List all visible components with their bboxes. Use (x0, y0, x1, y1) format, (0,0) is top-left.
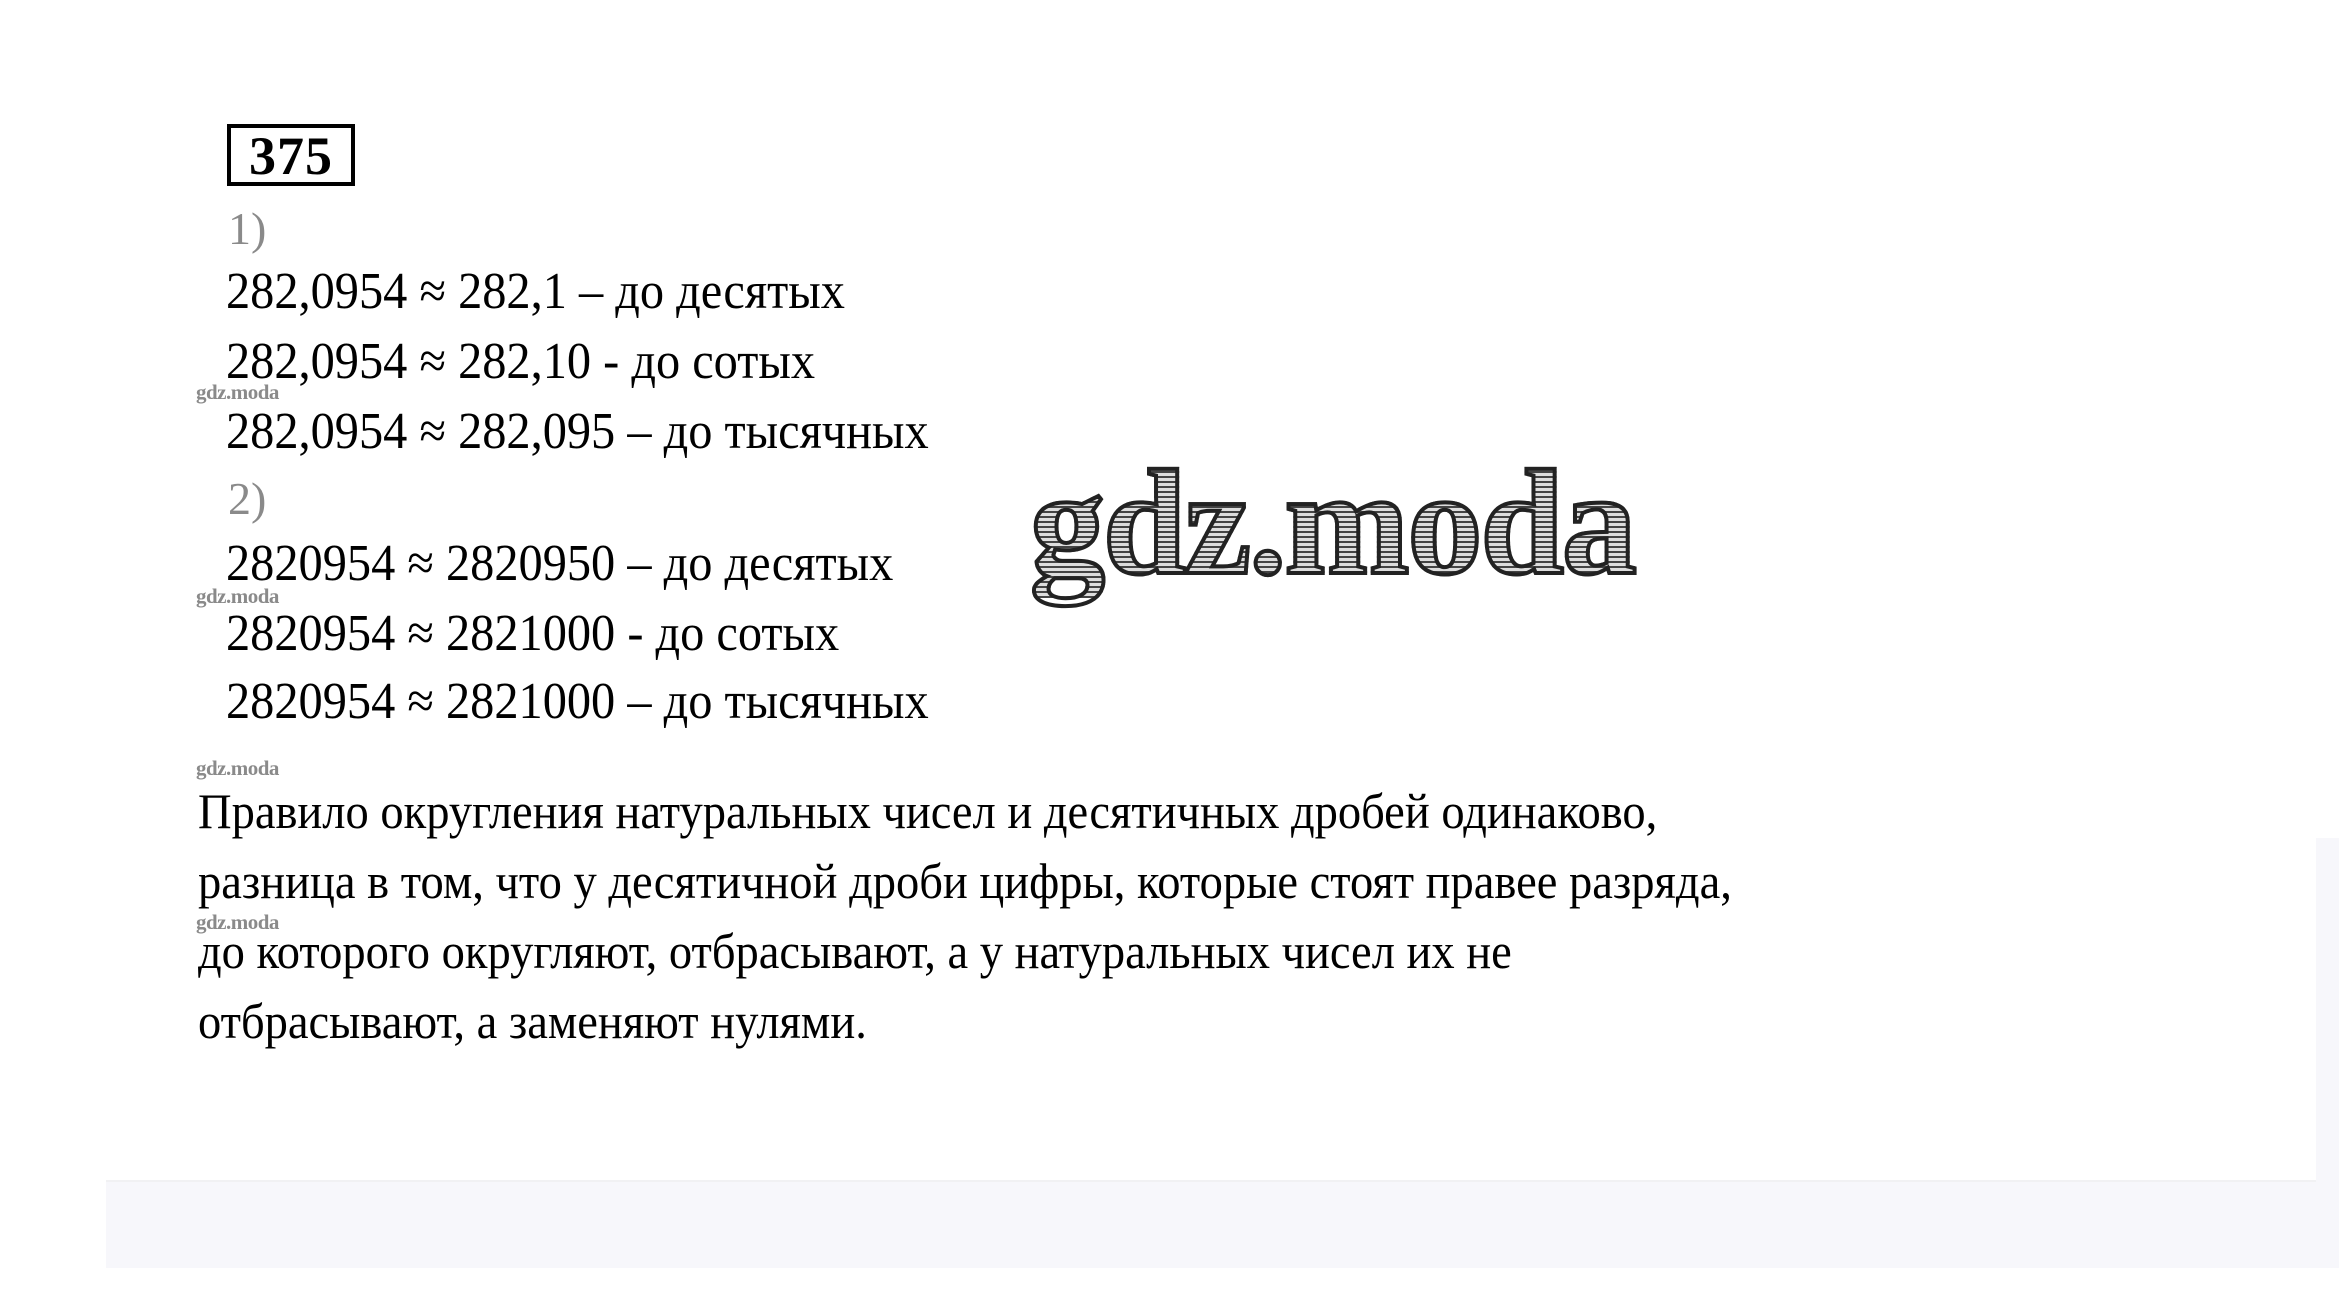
part-1-label: 1) (228, 206, 266, 252)
explanation-line-3: до которого округляют, отбрасывают, а у … (198, 926, 1512, 976)
part-1-line-1: 282,0954 ≈ 282,1 – до десятых (226, 266, 845, 318)
part-2-label: 2) (228, 476, 266, 522)
watermark-small-4: gdz.moda (196, 912, 279, 933)
part-2-line-2: 2820954 ≈ 2821000 - до сотых (226, 608, 839, 660)
solution-page: 375 1) 282,0954 ≈ 282,1 – до десятых 282… (0, 0, 2339, 1301)
part-1-line-3: 282,0954 ≈ 282,095 – до тысячных (226, 406, 929, 458)
right-strip (2316, 838, 2339, 1183)
explanation-line-1: Правило округления натуральных чисел и д… (198, 786, 1657, 836)
explanation-line-2: разница в том, что у десятичной дроби ци… (198, 856, 1732, 906)
watermark-logo: gdz.moda (1030, 448, 1635, 598)
task-number-box: 375 (227, 124, 355, 186)
watermark-small-3: gdz.moda (196, 758, 279, 779)
watermark-small-1: gdz.moda (196, 382, 279, 403)
watermark-small-2: gdz.moda (196, 586, 279, 607)
part-2-line-3: 2820954 ≈ 2821000 – до тысячных (226, 676, 929, 728)
footer-band (106, 1180, 2339, 1268)
part-1-line-2: 282,0954 ≈ 282,10 - до сотых (226, 336, 815, 388)
part-2-line-1: 2820954 ≈ 2820950 – до десятых (226, 538, 893, 590)
explanation-line-4: отбрасывают, а заменяют нулями. (198, 996, 867, 1046)
